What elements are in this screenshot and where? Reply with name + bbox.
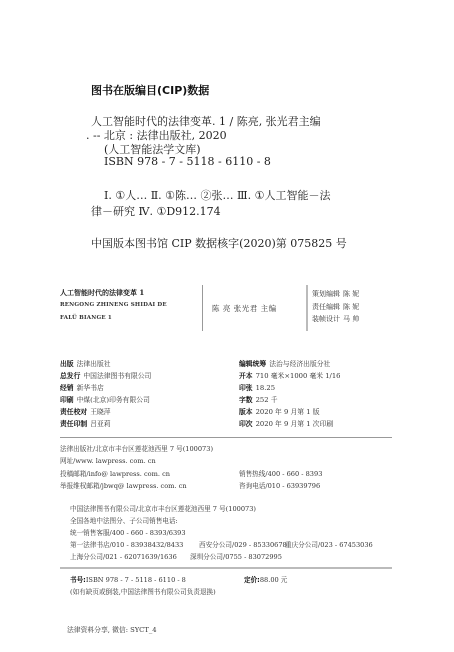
info-row: 开本710 毫米×1000 毫米 1/16 [239, 370, 341, 382]
editor-name: 陈 妮 [343, 303, 359, 311]
return-notice: (如有缺页或倒装,中国法律图书有限公司负责退换) [70, 586, 216, 596]
editor-role: 装帧设计 [312, 315, 340, 323]
divider-line [306, 285, 308, 331]
info-row: 版本2020 年 9 月第 1 版 [239, 406, 341, 418]
piracy-report-email: 举报维权邮箱/jbwq@ lawpress. com. cn [60, 480, 187, 490]
editor-row: 责任编辑陈 妮 [312, 301, 362, 314]
watermark-text: 法律资料分享, 微信: SYCT_4 [67, 624, 157, 634]
editor-row: 装帧设计马 帅 [312, 313, 362, 326]
price-label: 定价: [244, 576, 260, 584]
shanghai-branch: 上海分公司/021 - 62071639/1636 [70, 551, 177, 561]
customer-service: 统一销售客服/400 - 660 - 8393/6393 [70, 527, 186, 537]
info-row: 编辑统筹法治与经济出版分社 [239, 358, 341, 370]
editor-role: 责任编辑 [312, 303, 340, 311]
price: 定价:88.00 元 [244, 574, 287, 584]
info-row: 印刷中煤(北京)印务有限公司 [60, 394, 151, 406]
distributor-intro: 全国各地中法图分、子公司销售电话: [70, 515, 178, 525]
editors-list: 策划编辑陈 妮 责任编辑陈 妮 装帧设计马 帅 [312, 288, 362, 326]
cip-classification-1: Ⅰ. ①人… Ⅱ. ①陈… ②张… Ⅲ. ①人工智能－法 [104, 187, 330, 203]
publisher-website: 网址/www. lawpress. com. cn [60, 455, 156, 465]
authors: 陈 亮 张光君 主编 [212, 303, 277, 314]
cip-record-number: 中国版本图书馆 CIP 数据核字(2020)第 075825 号 [91, 235, 347, 251]
cip-isbn-line: ISBN 978 - 7 - 5118 - 6110 - 8 [104, 155, 271, 168]
editor-row: 策划编辑陈 妮 [312, 288, 362, 301]
info-row: 责任印制吕亚莉 [60, 418, 151, 430]
editor-role: 策划编辑 [312, 290, 340, 298]
price-value: 88.00 元 [260, 576, 288, 584]
book-title-en-1: RENGONG ZHINENG SHIDAI DE [60, 302, 167, 308]
info-row: 出版法律出版社 [60, 358, 151, 370]
distributor-address: 中国法律图书有限公司/北京市丰台区莲花池西里 7 号(100073) [70, 503, 256, 513]
editor-name: 陈 妮 [343, 290, 359, 298]
inquiry-phone: 咨询电话/010 - 63939796 [239, 480, 320, 490]
cip-classification-2: 律－研究 Ⅳ. ①D912.174 [91, 203, 221, 219]
book-title-cn: 人工智能时代的法律变革 1 [60, 288, 144, 298]
info-row: 字数252 千 [239, 394, 341, 406]
submission-email: 投稿邮箱/info@ lawpress. com. cn [60, 468, 170, 478]
info-row: 总发行中国法律图书有限公司 [60, 370, 151, 382]
first-law-bookstore: 第一法律书店/010 - 83938432/8433 [70, 539, 183, 549]
chongqing-branch: 重庆分公司/023 - 67453036 [285, 539, 373, 549]
divider-line [202, 285, 203, 331]
sales-hotline: 销售热线/400 - 660 - 8393 [239, 468, 322, 478]
book-title-en-2: FALÜ BIANGE 1 [60, 315, 112, 321]
info-row: 印次2020 年 9 月第 1 次印刷 [239, 418, 341, 430]
shenzhen-branch: 深圳分公司/0755 - 83072995 [190, 551, 282, 561]
info-left-column: 出版法律出版社 总发行中国法律图书有限公司 经销新华书店 印刷中煤(北京)印务有… [60, 358, 151, 430]
info-row: 责任校对王晓萍 [60, 406, 151, 418]
isbn-value: ISBN 978 - 7 - 5118 - 6110 - 8 [86, 576, 186, 584]
book-info-box: 人工智能时代的法律变革 1 RENGONG ZHINENG SHIDAI DE … [60, 285, 420, 331]
divider-line [60, 437, 392, 438]
isbn-label: 书号: [70, 576, 86, 584]
isbn: 书号:ISBN 978 - 7 - 5118 - 6110 - 8 [70, 574, 186, 584]
cip-title: 图书在版编目(CIP)数据 [91, 82, 209, 98]
publisher-address: 法律出版社/北京市丰台区莲花池西里 7 号(100073) [60, 443, 213, 453]
info-right-column: 编辑统筹法治与经济出版分社 开本710 毫米×1000 毫米 1/16 印张18… [239, 358, 341, 430]
divider-line [60, 567, 392, 569]
editor-name: 马 帅 [343, 315, 359, 323]
info-row: 经销新华书店 [60, 382, 151, 394]
xian-branch: 西安分公司/029 - 85330678 [199, 539, 287, 549]
info-row: 印张18.25 [239, 382, 341, 394]
